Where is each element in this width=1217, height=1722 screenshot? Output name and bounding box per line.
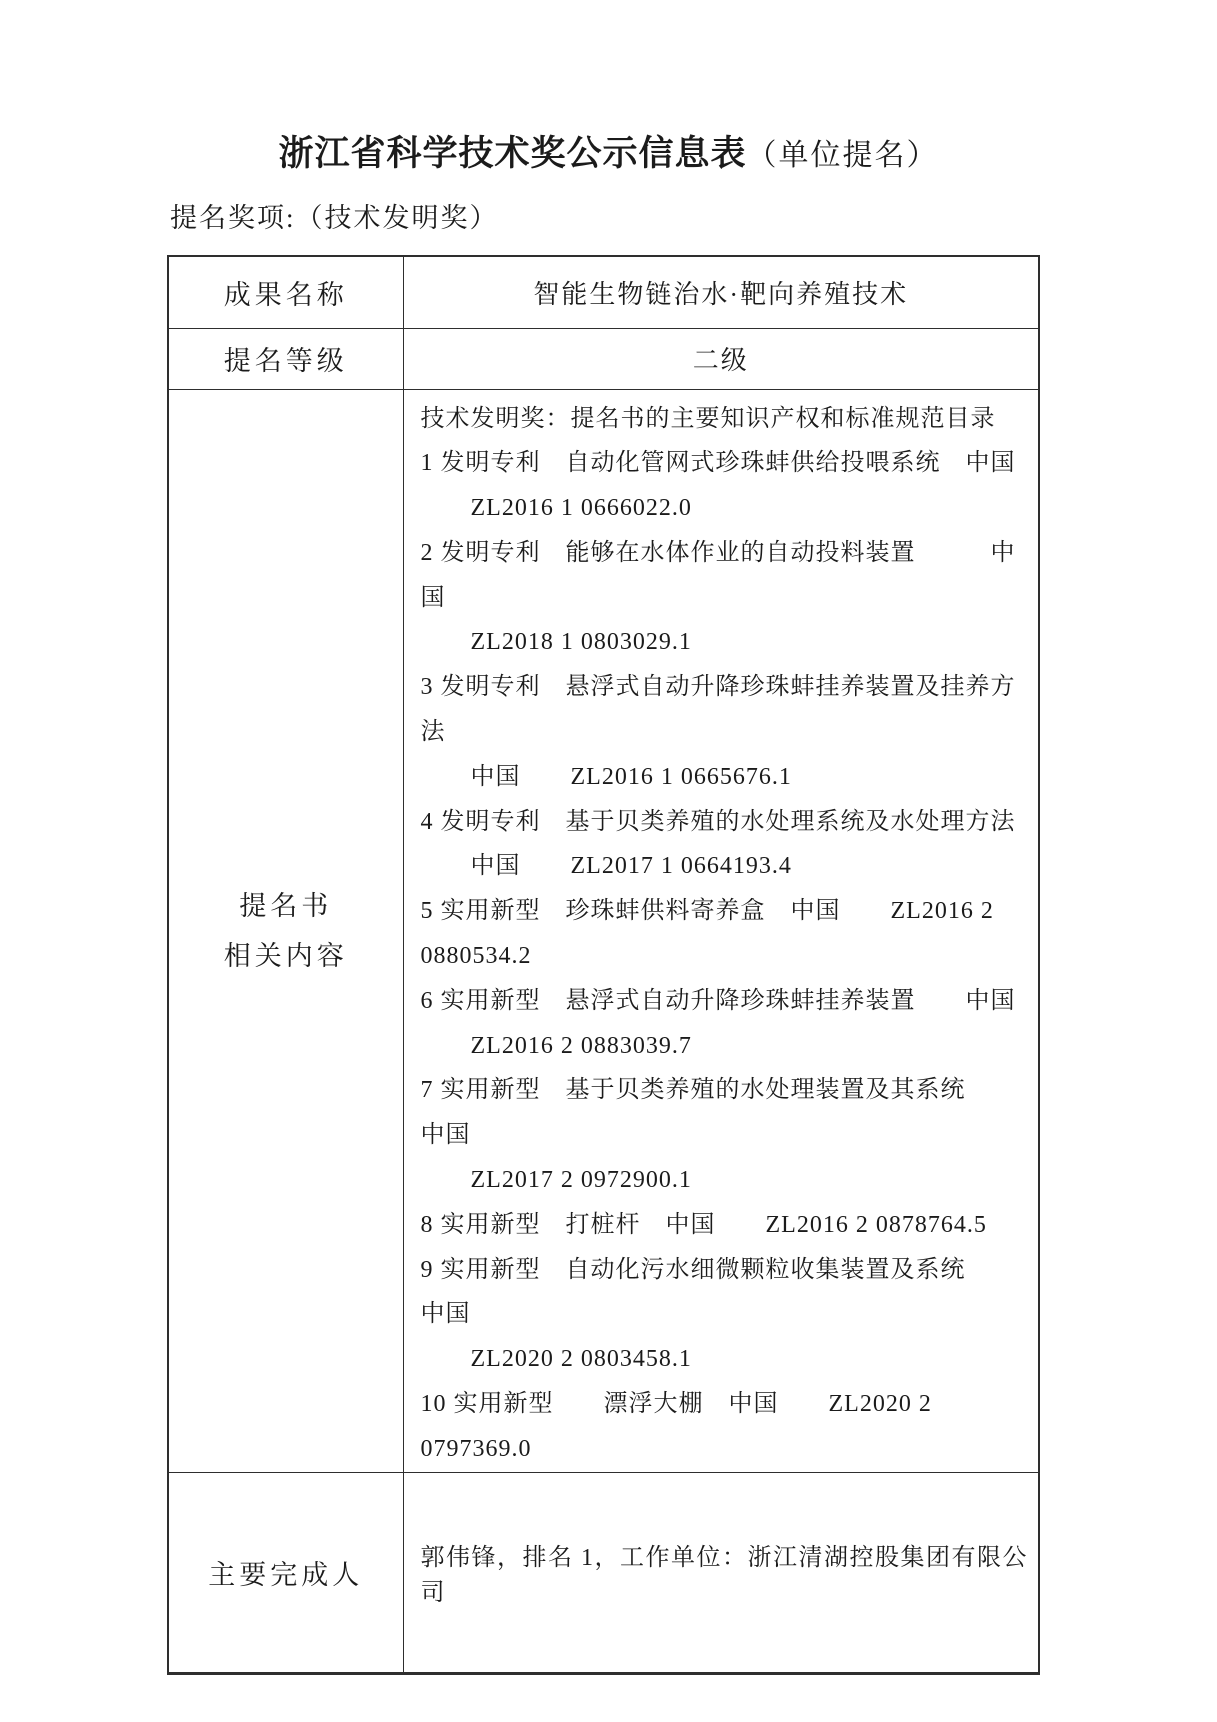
document-title: 浙江省科学技术奖公示信息表（单位提名） [0, 126, 1217, 176]
ip-catalog-heading: 技术发明奖：提名书的主要知识产权和标准规范目录 [421, 397, 1035, 442]
patent-item-4: 4 发明专利 基于贝类养殖的水处理系统及水处理方法 [421, 800, 1035, 845]
nomination-content-label: 提名书 相关内容 [168, 389, 403, 1472]
patent-item-1-number: ZL2016 1 0666022.0 [421, 486, 1035, 531]
achievement-name-value: 智能生物链治水·靶向养殖技术 [403, 256, 1039, 328]
patent-item-9: 9 实用新型 自动化污水细微颗粒收集装置及系统 中国 [421, 1248, 1035, 1338]
nomination-content-label-line1: 提名书 [170, 881, 402, 931]
main-completers-label: 主要完成人 [168, 1472, 403, 1673]
table-row-nomination-content: 提名书 相关内容 技术发明奖：提名书的主要知识产权和标准规范目录 1 发明专利 … [168, 389, 1039, 1472]
patent-item-7: 7 实用新型 基于贝类养殖的水处理装置及其系统 中国 [421, 1068, 1035, 1158]
nomination-award-category: 提名奖项:（技术发明奖） [170, 196, 499, 235]
patent-item-2: 2 发明专利 能够在水体作业的自动投料装置 中国 [421, 531, 1035, 621]
patent-item-5: 5 实用新型 珍珠蚌供料寄养盒 中国 ZL2016 2 [421, 889, 1035, 934]
award-info-table: 成果名称 智能生物链治水·靶向养殖技术 提名等级 二级 提名书 相关内容 技术发… [167, 255, 1040, 1675]
achievement-name-label: 成果名称 [168, 256, 403, 328]
nomination-grade-label: 提名等级 [168, 328, 403, 389]
patent-item-5-number: 0880534.2 [421, 934, 1035, 979]
patent-item-1: 1 发明专利 自动化管网式珍珠蚌供给投喂系统 中国 [421, 441, 1035, 486]
table-row-grade: 提名等级 二级 [168, 328, 1039, 389]
nomination-content-cell: 技术发明奖：提名书的主要知识产权和标准规范目录 1 发明专利 自动化管网式珍珠蚌… [403, 389, 1039, 1472]
patent-item-2-number: ZL2018 1 0803029.1 [421, 620, 1035, 665]
document-title-suffix: （单位提名） [747, 139, 939, 172]
patent-item-6: 6 实用新型 悬浮式自动升降珍珠蚌挂养装置 中国 [421, 979, 1035, 1024]
nomination-grade-value: 二级 [403, 328, 1039, 389]
table-row-completers: 主要完成人 郭伟锋，排名 1，工作单位：浙江清湖控股集团有限公司 [168, 1472, 1039, 1673]
table-row-achievement: 成果名称 智能生物链治水·靶向养殖技术 [168, 256, 1039, 328]
patent-item-3-number: 中国 ZL2016 1 0665676.1 [421, 755, 1035, 800]
nomination-content-label-line2: 相关内容 [170, 931, 402, 981]
patent-item-9-number: ZL2020 2 0803458.1 [421, 1337, 1035, 1382]
patent-item-6-number: ZL2016 2 0883039.7 [421, 1024, 1035, 1069]
patent-item-7-number: ZL2017 2 0972900.1 [421, 1158, 1035, 1203]
patent-item-8: 8 实用新型 打桩杆 中国 ZL2016 2 0878764.5 [421, 1203, 1035, 1248]
document-page: 浙江省科学技术奖公示信息表（单位提名） 提名奖项:（技术发明奖） 成果名称 智能… [0, 0, 1217, 1722]
document-title-main: 浙江省科学技术奖公示信息表 [278, 134, 746, 173]
patent-item-4-number: 中国 ZL2017 1 0664193.4 [421, 844, 1035, 889]
patent-item-10: 10 实用新型 漂浮大棚 中国 ZL2020 2 0797369.0 [421, 1382, 1035, 1472]
patent-item-3: 3 发明专利 悬浮式自动升降珍珠蚌挂养装置及挂养方法 [421, 665, 1035, 755]
main-completers-value: 郭伟锋，排名 1，工作单位：浙江清湖控股集团有限公司 [403, 1472, 1039, 1673]
